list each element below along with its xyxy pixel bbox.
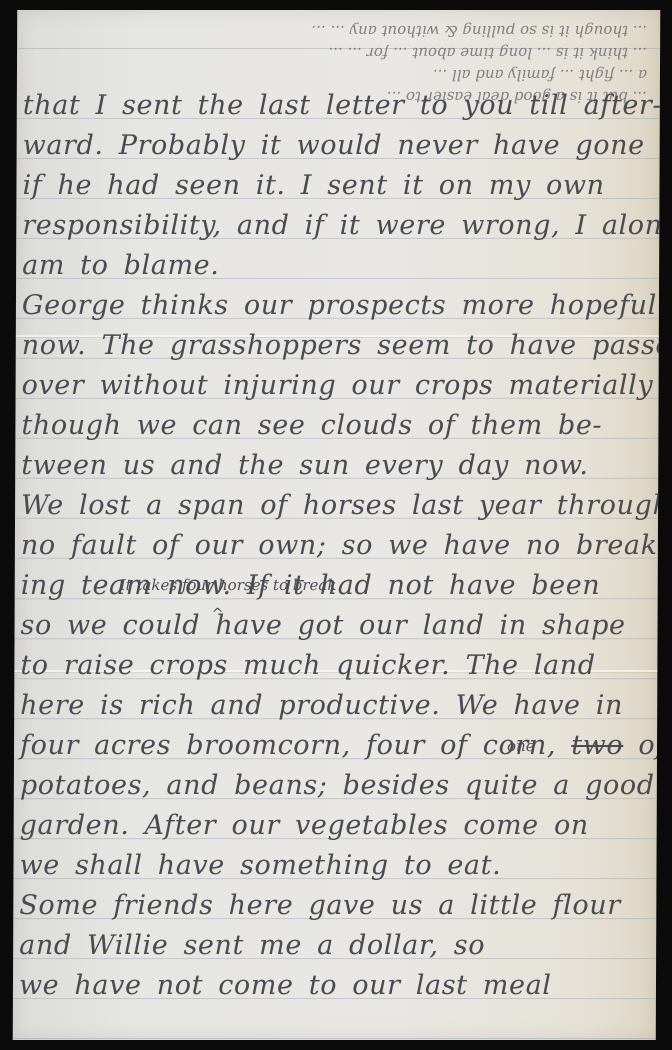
inverted-line: a ... fight ... family and all ... (47, 64, 647, 86)
text-line: here is rich and productive. We have in (20, 690, 623, 721)
text-line: over without injuring our crops material… (22, 370, 654, 401)
text-line: if he had seen it. I sent it on my own (22, 170, 604, 201)
text-line: so we could have got our land in shape (20, 610, 625, 641)
text-line: ward. Probably it would never have gone (23, 130, 645, 161)
text-segment: of (623, 730, 660, 761)
text-line: ing team now. If it had not have been (21, 570, 601, 601)
text-line: we shall have something to eat. (19, 850, 501, 881)
inverted-line: ... think it is ... long time about ... … (47, 42, 647, 64)
text-line: four acres broomcorn, four of corn, two … (20, 730, 660, 761)
ruled-lines (13, 10, 660, 1040)
text-segment: four acres broomcorn, four of corn, (20, 730, 571, 761)
text-line: that I sent the last letter to you till … (23, 90, 660, 121)
text-line: We lost a span of horses last year throu… (21, 490, 660, 521)
text-line: garden. After our vegetables come on (20, 810, 589, 841)
struck-word: two (571, 730, 623, 761)
text-line: though we can see clouds of them be- (21, 410, 602, 441)
text-line: tween us and the sun every day now. (21, 450, 589, 481)
text-line: Some friends here gave us a little flour (19, 890, 621, 921)
text-line: now. The grasshoppers seem to have passe… (22, 330, 661, 361)
inverted-line: ... though it is so pulling & without an… (47, 20, 647, 42)
text-line: am to blame. (22, 250, 219, 281)
text-line: potatoes, and beans; besides quite a goo… (20, 770, 655, 801)
letter-page: ... but it is a good deal easier to ... … (13, 10, 660, 1040)
text-line: we have not come to our last meal (19, 970, 552, 1001)
text-line: responsibility, and if it were wrong, I … (22, 210, 660, 241)
text-line: to raise crops much quicker. The land (20, 650, 595, 681)
text-line: no fault of our own; so we have no break… (21, 530, 660, 561)
text-line: George thinks our prospects more hopeful (22, 290, 657, 321)
text-line: and Willie sent me a dollar, so (19, 930, 485, 961)
